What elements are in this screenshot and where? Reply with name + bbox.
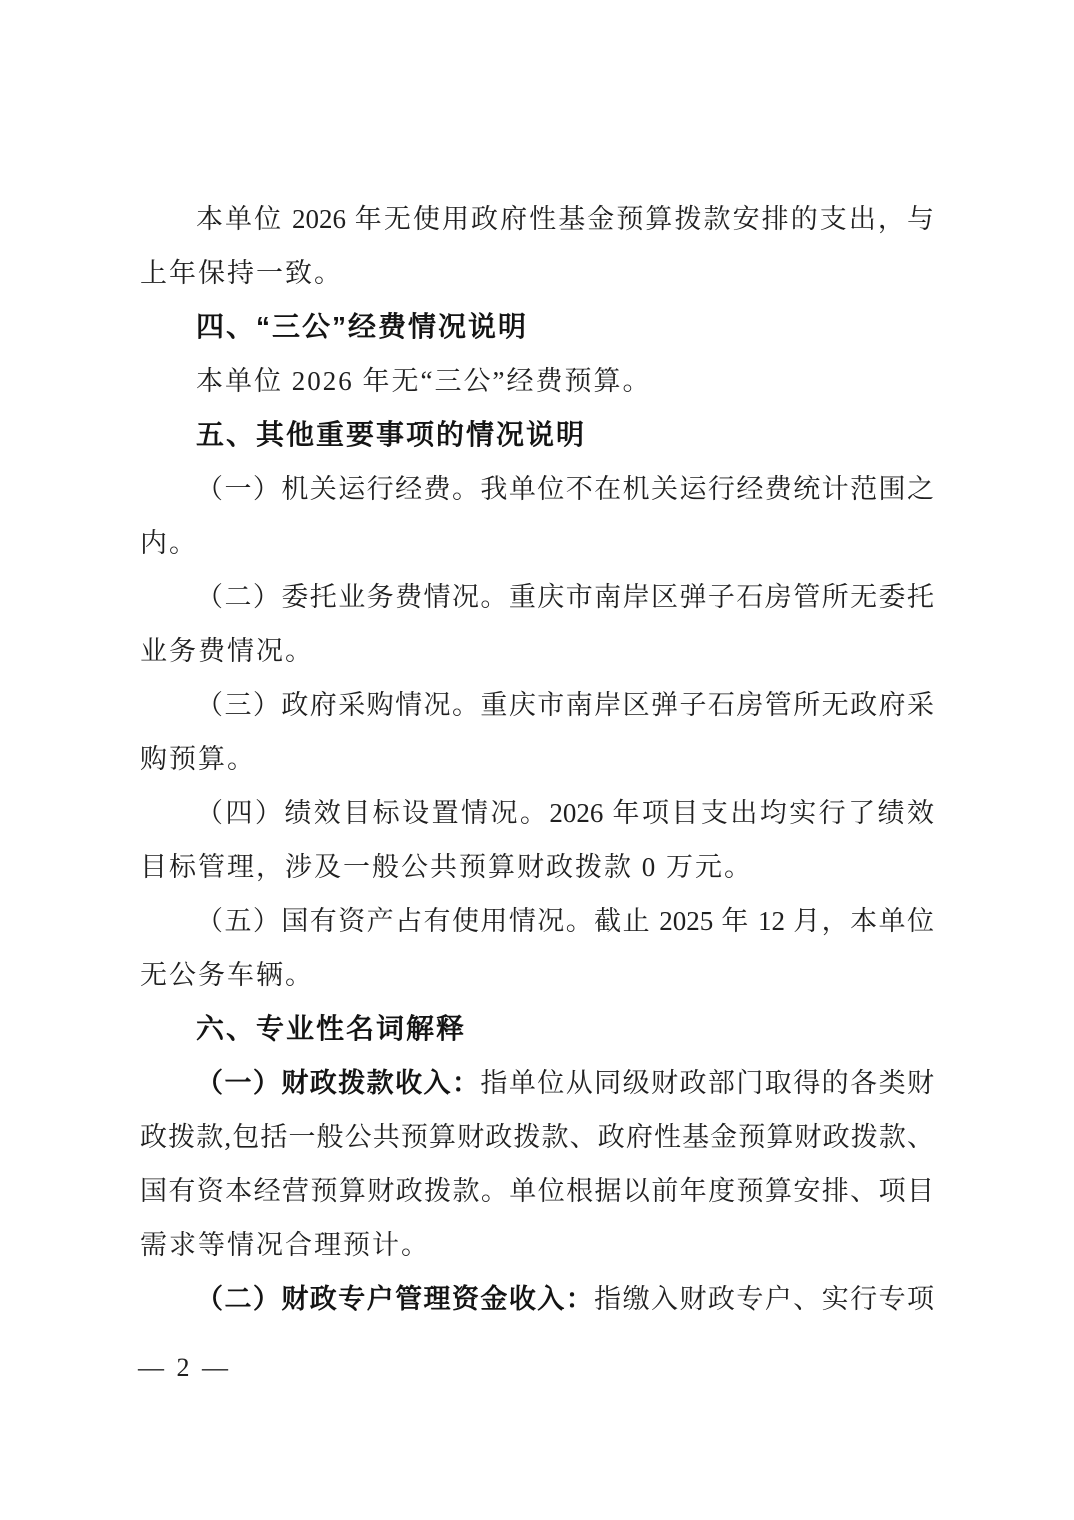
- para-sangong: 本单位 2026 年无“三公”经费预算。: [140, 354, 934, 408]
- emphasized-term: 五、其他重要事项的情况说明: [196, 419, 586, 450]
- text-segment: 无公务车辆。: [140, 960, 314, 990]
- para-govfund-line2: 上年保持一致。: [140, 246, 934, 300]
- para-performance-line2: 目标管理，涉及一般公共预算财政拨款 0 万元。: [140, 840, 934, 894]
- text-segment: 业务费情况。: [140, 636, 314, 666]
- document-body: 本单位 2026 年无使用政府性基金预算拨款安排的支出，与上年保持一致。四、“三…: [140, 192, 934, 1326]
- text-segment: 内。: [140, 528, 198, 558]
- para-procurement-line2: 购预算。: [140, 732, 934, 786]
- para-operating-expense-line2: 内。: [140, 516, 934, 570]
- text-segment: 国有资本经营预算财政拨款。单位根据以前年度预算安排、项目: [140, 1176, 934, 1206]
- emphasized-term: 六、专业性名词解释: [196, 1013, 466, 1044]
- para-entrusted-fee-line1: （二）委托业务费情况。重庆市南岸区弹子石房管所无委托: [140, 570, 934, 624]
- text-segment: 指缴入财政专户、实行专项: [594, 1284, 934, 1314]
- para-term1-line1: （一）财政拨款收入：指单位从同级财政部门取得的各类财: [140, 1056, 934, 1110]
- para-operating-expense-line1: （一）机关运行经费。我单位不在机关运行经费统计范围之: [140, 462, 934, 516]
- para-performance-line1: （四）绩效目标设置情况。2026 年项目支出均实行了绩效: [140, 786, 934, 840]
- para-state-assets-line2: 无公务车辆。: [140, 948, 934, 1002]
- section-heading-five: 五、其他重要事项的情况说明: [140, 408, 934, 462]
- text-segment: （五）国有资产占有使用情况。截止 2025 年 12 月，本单位: [196, 906, 934, 936]
- text-segment: 指单位从同级财政部门取得的各类财: [480, 1068, 934, 1098]
- text-segment: 目标管理，涉及一般公共预算财政拨款 0 万元。: [140, 852, 753, 882]
- para-term2-line1: （二）财政专户管理资金收入：指缴入财政专户、实行专项: [140, 1272, 934, 1326]
- emphasized-term: （二）财政专户管理资金收入：: [196, 1284, 594, 1314]
- section-heading-four: 四、“三公”经费情况说明: [140, 300, 934, 354]
- page-number: — 2 —: [138, 1346, 231, 1390]
- text-segment: 本单位 2026 年无“三公”经费预算。: [196, 366, 651, 396]
- text-segment: 上年保持一致。: [140, 258, 343, 288]
- para-entrusted-fee-line2: 业务费情况。: [140, 624, 934, 678]
- document-page: 本单位 2026 年无使用政府性基金预算拨款安排的支出，与上年保持一致。四、“三…: [0, 0, 1074, 1520]
- para-term1-line3: 国有资本经营预算财政拨款。单位根据以前年度预算安排、项目: [140, 1164, 934, 1218]
- text-segment: 本单位 2026 年无使用政府性基金预算拨款安排的支出，与: [196, 204, 934, 234]
- para-term1-line4: 需求等情况合理预计。: [140, 1218, 934, 1272]
- text-segment: （四）绩效目标设置情况。2026 年项目支出均实行了绩效: [196, 798, 934, 828]
- emphasized-term: 四、“三公”经费情况说明: [196, 311, 528, 342]
- para-state-assets-line1: （五）国有资产占有使用情况。截止 2025 年 12 月，本单位: [140, 894, 934, 948]
- text-segment: 需求等情况合理预计。: [140, 1230, 430, 1260]
- text-segment: （三）政府采购情况。重庆市南岸区弹子石房管所无政府采: [196, 690, 934, 720]
- emphasized-term: （一）财政拨款收入：: [196, 1068, 480, 1098]
- para-govfund-line1: 本单位 2026 年无使用政府性基金预算拨款安排的支出，与: [140, 192, 934, 246]
- text-segment: （二）委托业务费情况。重庆市南岸区弹子石房管所无委托: [196, 582, 934, 612]
- text-segment: 政拨款,包括一般公共预算财政拨款、政府性基金预算财政拨款、: [140, 1122, 934, 1152]
- text-segment: 购预算。: [140, 744, 256, 774]
- para-procurement-line1: （三）政府采购情况。重庆市南岸区弹子石房管所无政府采: [140, 678, 934, 732]
- text-segment: （一）机关运行经费。我单位不在机关运行经费统计范围之: [196, 474, 934, 504]
- para-term1-line2: 政拨款,包括一般公共预算财政拨款、政府性基金预算财政拨款、: [140, 1110, 934, 1164]
- section-heading-six: 六、专业性名词解释: [140, 1002, 934, 1056]
